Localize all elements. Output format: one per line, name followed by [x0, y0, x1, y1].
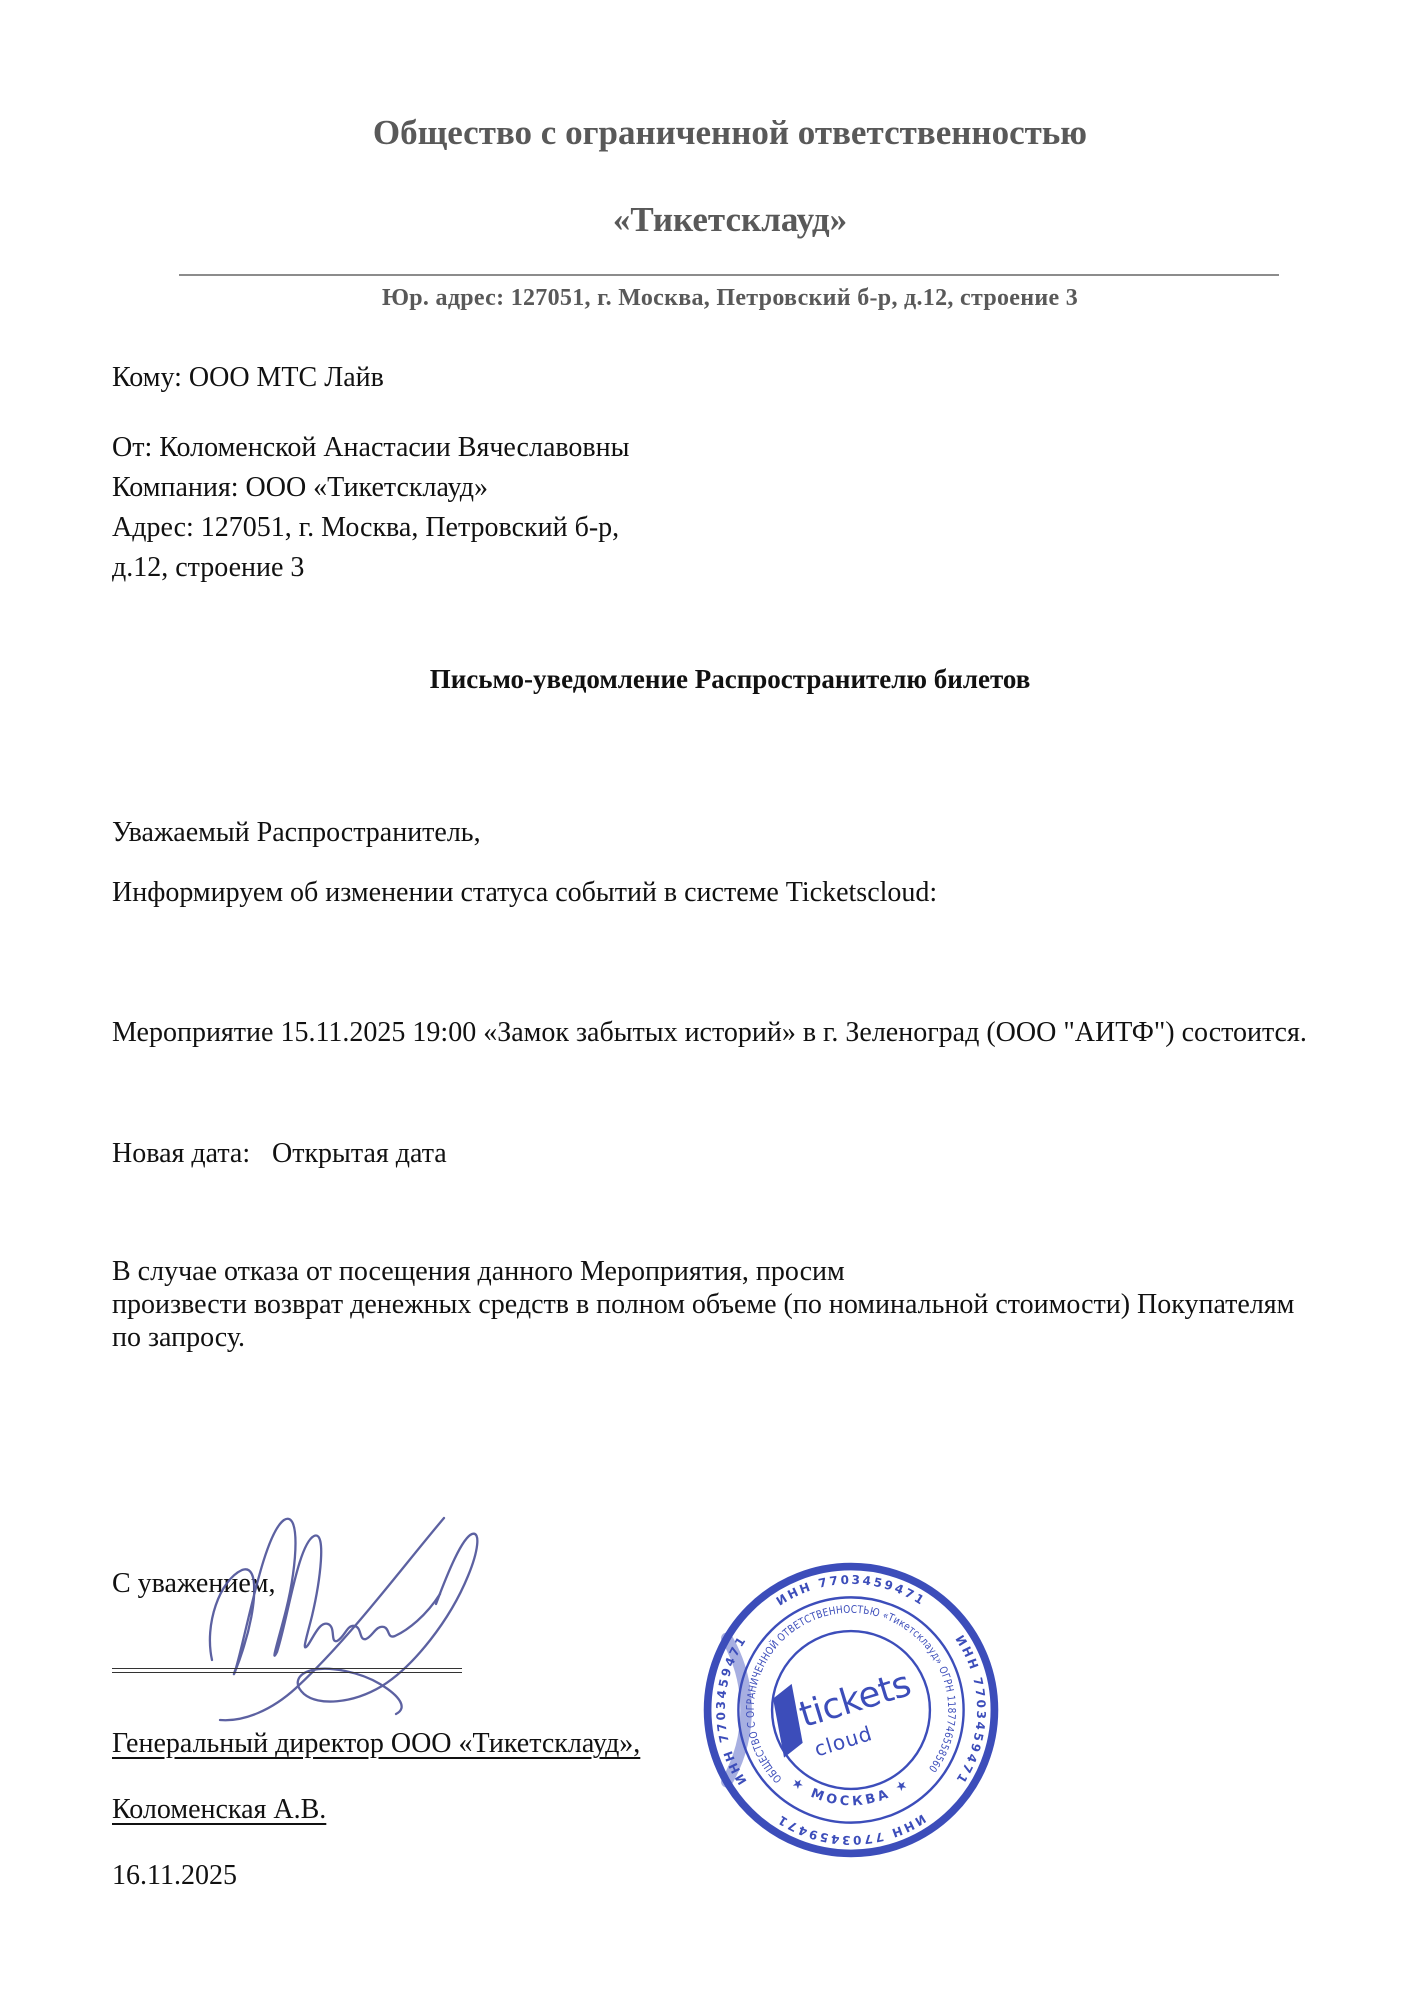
legal-address-line: Юр. адрес: 127051, г. Москва, Петровский…: [112, 283, 1348, 313]
ticketscloud-logo-icon: tickets cloud: [764, 1651, 924, 1771]
refund-line-3: по запросу.: [112, 1321, 1348, 1354]
signature-stroke-loops: [210, 1519, 440, 1674]
refund-line-2: произвести возврат денежных средств в по…: [112, 1288, 1348, 1321]
new-date-line: Новая дата:Открытая дата: [112, 1137, 1348, 1171]
sender-from-line: От: Коломенской Анастасии Вячеславовны: [112, 431, 1348, 465]
signature-stroke-slash: [220, 1518, 444, 1720]
sender-address-line-2: д.12, строение 3: [112, 551, 1348, 585]
stamp-city-text: ★ МОСКВА ★: [788, 1775, 913, 1809]
svg-text:★ МОСКВА ★: ★ МОСКВА ★: [788, 1775, 913, 1809]
sender-address-line-1: Адрес: 127051, г. Москва, Петровский б-р…: [112, 511, 1348, 545]
new-date-label: Новая дата:: [112, 1137, 272, 1171]
date-line: 16.11.2025: [112, 1859, 1348, 1893]
refund-paragraph: В случае отказа от посещения данного Мер…: [112, 1255, 1348, 1354]
org-type-line: Общество с ограниченной ответственностью: [112, 112, 1348, 154]
sender-company-line: Компания: ООО «Тикетсклауд»: [112, 471, 1348, 505]
handwritten-signature: [200, 1508, 500, 1733]
recipient-line: Кому: ООО МТС Лайв: [112, 361, 1348, 395]
letter-subject: Письмо-уведомление Распространителю биле…: [112, 662, 1348, 696]
company-stamp: ИНН 7703459471 ИНН 7703459471 ИНН 770345…: [697, 1556, 1005, 1864]
letter-page: Общество с ограниченной ответственностью…: [0, 0, 1413, 2000]
greeting-line: Уважаемый Распространитель,: [112, 816, 1348, 850]
org-name-line: «Тикетсклауд»: [112, 199, 1348, 241]
intro-line: Информируем об изменении статуса событий…: [112, 876, 1348, 910]
signature-line: [112, 1668, 462, 1673]
event-status-line: Мероприятие 15.11.2025 19:00 «Замок забы…: [112, 1016, 1348, 1050]
refund-line-1: В случае отказа от посещения данного Мер…: [112, 1255, 1348, 1288]
header-divider: [179, 274, 1279, 276]
new-date-value: Открытая дата: [272, 1138, 447, 1169]
